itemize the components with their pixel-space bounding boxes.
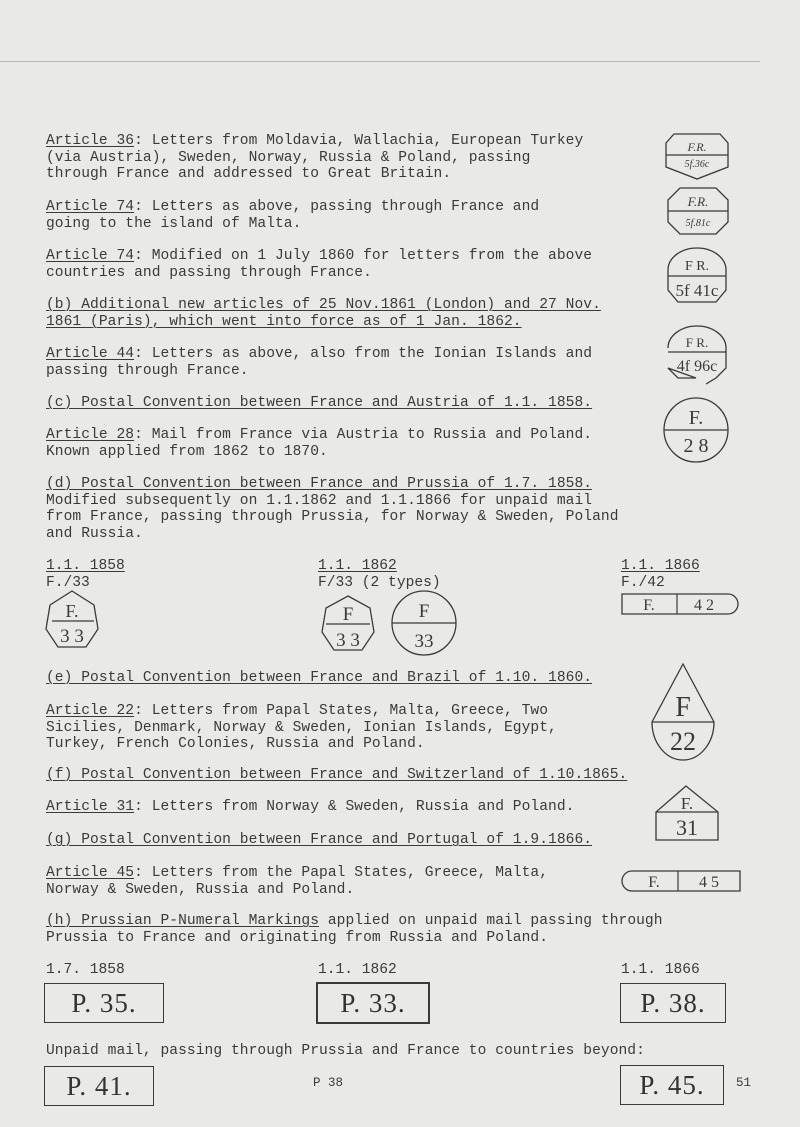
code-label: F./42 — [621, 575, 665, 591]
svg-text:F.: F. — [681, 794, 693, 813]
text-line: : Letters as above, also from the Ionian… — [134, 346, 592, 362]
text-line: countries and passing through France. — [46, 265, 372, 281]
svg-text:31: 31 — [676, 815, 698, 840]
text-line: : Letters as above, passing through Fran… — [134, 199, 539, 215]
svg-text:5f.81c: 5f.81c — [686, 218, 711, 229]
article-heading: Article 74 — [46, 199, 134, 215]
svg-text:3 3: 3 3 — [336, 630, 360, 651]
p41-marking: P. 41. — [44, 1066, 154, 1106]
text-line: passing through France. — [46, 363, 249, 379]
section-heading: (g) Postal Convention between France and… — [46, 832, 592, 848]
svg-text:4 5: 4 5 — [699, 874, 719, 891]
stamp-fr-4f96: F R. 4f 96c — [666, 324, 728, 386]
stamp-f-28: F. 2 8 — [662, 396, 730, 464]
stamp-f-31: F. 31 — [654, 784, 720, 842]
p45-marking: P. 45. — [620, 1065, 724, 1105]
article-36: Article 36: Letters from Moldavia, Walla… — [46, 133, 583, 183]
svg-text:33: 33 — [415, 631, 434, 652]
stamp-fr-5f81: F.R. 5f.81c — [666, 186, 730, 236]
svg-text:4 2: 4 2 — [694, 597, 714, 614]
section-g: (g) Postal Convention between France and… — [46, 832, 592, 849]
text-line: : Mail from France via Austria to Russia… — [134, 427, 592, 443]
svg-text:F.R.: F.R. — [687, 194, 709, 209]
p-date-1866: 1.1. 1866 — [621, 962, 700, 979]
unpaid-mail-text: Unpaid mail, passing through Prussia and… — [46, 1043, 645, 1060]
text-line: Modified subsequently on 1.1.1862 and 1.… — [46, 493, 592, 509]
article-heading: Article 44 — [46, 346, 134, 362]
p-date-1862: 1.1. 1862 — [318, 962, 397, 979]
stamp-f-33-1858: F. 3 3 — [44, 589, 100, 649]
text-line: Sicilies, Denmark, Norway & Sweden, Ioni… — [46, 720, 557, 736]
svg-text:22: 22 — [670, 727, 696, 756]
section-heading: (c) Postal Convention between France and… — [46, 395, 592, 411]
section-heading: (b) Additional new articles of 25 Nov.18… — [46, 297, 601, 313]
article-45: Article 45: Letters from the Papal State… — [46, 865, 548, 898]
section-e: (e) Postal Convention between France and… — [46, 670, 592, 687]
text-line: Known applied from 1862 to 1870. — [46, 444, 328, 460]
date-label: 1.1. 1862 — [318, 558, 397, 574]
section-f: (f) Postal Convention between France and… — [46, 767, 627, 784]
section-heading: (f) Postal Convention between France and… — [46, 767, 627, 783]
text-line: : Letters from the Papal States, Greece,… — [134, 865, 548, 881]
text-line: Norway & Sweden, Russia and Poland. — [46, 882, 354, 898]
p-date-1858: 1.7. 1858 — [46, 962, 125, 979]
text-line: Prussia to France and originating from R… — [46, 930, 548, 946]
page-number: 51 — [736, 1076, 751, 1090]
stamp-f-33-type1: F 3 3 — [320, 594, 376, 652]
text-line: from France, passing through Prussia, fo… — [46, 509, 619, 525]
article-heading: Article 74 — [46, 248, 134, 264]
text-line: (via Austria), Sweden, Norway, Russia & … — [46, 150, 530, 166]
section-d: (d) Postal Convention between France and… — [46, 476, 619, 542]
text-line: : Letters from Norway & Sweden, Russia a… — [134, 799, 574, 815]
svg-text:F: F — [419, 601, 430, 622]
article-28: Article 28: Mail from France via Austria… — [46, 427, 592, 460]
article-heading: Article 36 — [46, 133, 134, 149]
text-line: going to the island of Malta. — [46, 216, 301, 232]
article-44: Article 44: Letters as above, also from … — [46, 346, 592, 379]
section-heading: (d) Postal Convention between France and… — [46, 476, 592, 492]
date-column-1866: 1.1. 1866 F./42 — [621, 558, 700, 591]
section-heading: (e) Postal Convention between France and… — [46, 670, 592, 686]
text-line: through France and addressed to Great Br… — [46, 166, 451, 182]
stamp-f-45: F. 4 5 — [620, 869, 742, 893]
article-22: Article 22: Letters from Papal States, M… — [46, 703, 557, 753]
svg-text:5f 41c: 5f 41c — [676, 281, 719, 300]
svg-text:F.: F. — [689, 407, 704, 429]
section-b: (b) Additional new articles of 25 Nov.18… — [46, 297, 601, 330]
footer-reference: P 38 — [313, 1076, 343, 1090]
stamp-f-22: F 22 — [650, 662, 716, 764]
svg-text:3 3: 3 3 — [60, 626, 84, 647]
text-line: Turkey, French Colonies, Russia and Pola… — [46, 736, 425, 752]
stamp-f-42: F. 4 2 — [620, 592, 740, 616]
article-heading: Article 28 — [46, 427, 134, 443]
section-heading: 1861 (Paris), which went into force as o… — [46, 314, 522, 330]
text-line: : Modified on 1 July 1860 for letters fr… — [134, 248, 592, 264]
text-line: and Russia. — [46, 526, 143, 542]
svg-text:F.: F. — [65, 601, 78, 621]
top-rule — [0, 61, 760, 62]
article-74-malta: Article 74: Letters as above, passing th… — [46, 199, 539, 232]
p35-marking: P. 35. — [44, 983, 164, 1023]
svg-text:F.R.: F.R. — [686, 140, 706, 154]
stamp-f-33-type2: F 33 — [390, 589, 458, 657]
svg-text:F.: F. — [643, 597, 655, 614]
date-label: 1.1. 1858 — [46, 558, 125, 574]
article-heading: Article 31 — [46, 799, 134, 815]
section-h: (h) Prussian P-Numeral Markings applied … — [46, 913, 663, 946]
article-31: Article 31: Letters from Norway & Sweden… — [46, 799, 574, 816]
svg-text:F: F — [343, 604, 354, 625]
svg-text:F R.: F R. — [686, 335, 708, 350]
text-line: : Letters from Papal States, Malta, Gree… — [134, 703, 548, 719]
stamp-fr-5f36: F.R. 5f.36c — [664, 131, 730, 181]
text-line: : Letters from Moldavia, Wallachia, Euro… — [134, 133, 583, 149]
article-74-modified: Article 74: Modified on 1 July 1860 for … — [46, 248, 592, 281]
svg-text:4f 96c: 4f 96c — [677, 358, 717, 375]
p38-marking: P. 38. — [620, 983, 726, 1023]
svg-text:2 8: 2 8 — [684, 435, 709, 457]
article-heading: Article 45 — [46, 865, 134, 881]
article-heading: Article 22 — [46, 703, 134, 719]
svg-text:F.: F. — [648, 874, 660, 891]
svg-text:F R.: F R. — [685, 259, 709, 274]
date-label: 1.1. 1866 — [621, 558, 700, 574]
section-heading: (h) Prussian P-Numeral Markings — [46, 913, 319, 929]
date-column-1858: 1.1. 1858 F./33 — [46, 558, 125, 591]
svg-text:5f.36c: 5f.36c — [685, 159, 710, 170]
svg-text:F: F — [675, 692, 691, 723]
p33-marking: P. 33. — [316, 982, 430, 1024]
stamp-fr-5f41: F R. 5f 41c — [666, 246, 728, 304]
date-column-1862: 1.1. 1862 F/33 (2 types) — [318, 558, 441, 591]
text-line: applied on unpaid mail passing through — [319, 913, 663, 929]
section-c: (c) Postal Convention between France and… — [46, 395, 592, 412]
